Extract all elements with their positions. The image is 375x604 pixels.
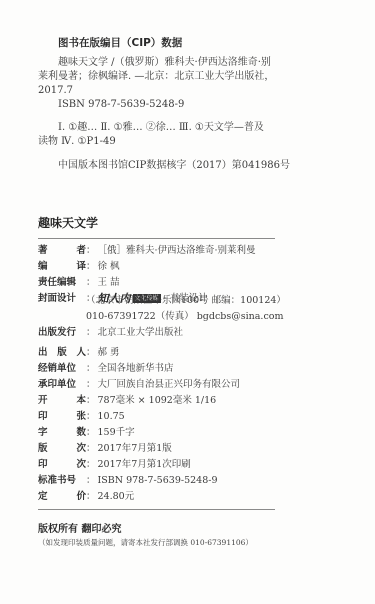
value-text: 王 喆	[98, 277, 120, 288]
colon: ：	[86, 244, 96, 257]
label-text: 承印单位	[38, 378, 76, 391]
label-text: 次	[76, 442, 86, 455]
value-text: 159千字	[98, 427, 135, 438]
colophon-value: 王 喆	[98, 276, 120, 289]
colophon-value: 2017年7月第1次印刷	[98, 458, 191, 471]
label-text: 字	[38, 426, 48, 439]
colophon-value: 10.75	[98, 410, 125, 423]
value-text: 全国各地新华书店	[98, 363, 174, 374]
label-text: 张	[76, 410, 86, 423]
label-text: 本	[76, 394, 86, 407]
value-text: 徐 枫	[98, 261, 120, 272]
colophon-value: ［俄］雅科夫·伊西达洛维奇·别莱利曼	[98, 244, 256, 257]
value-text: 10.75	[98, 411, 125, 422]
cip-verification: 中国版本图书馆CIP数据核字（2017）第041986号	[58, 159, 290, 173]
value-text: ［俄］雅科夫·伊西达洛维奇·别莱利曼	[98, 245, 256, 256]
colophon-label: 印次	[38, 458, 86, 471]
label-text: 定	[38, 490, 48, 503]
colophon-row: 定价：24.80元	[38, 490, 134, 503]
cip-heading: 图书在版编目（CIP）数据	[58, 35, 182, 50]
label-text: 封面设计	[38, 292, 76, 305]
colophon-label: 版次	[38, 442, 86, 455]
bottom-divider	[38, 509, 275, 510]
publisher-contact: 010-67391722（传真） bgdcbs@sina.com	[86, 310, 284, 323]
cip-classification: Ⅰ. ①趣… Ⅱ. ①雅… ②徐… Ⅲ. ①天文学—普及	[58, 121, 264, 135]
colophon-value: 159千字	[98, 426, 135, 439]
value-text: 2017年7月第1次印刷	[98, 459, 191, 470]
colon: ：	[86, 458, 96, 471]
cip-isbn: ISBN 978-7-5639-5248-9	[58, 98, 184, 112]
colon: ：	[86, 394, 96, 407]
label-text: 标准书号	[38, 474, 76, 487]
colophon-label: 编译	[38, 260, 86, 273]
colophon-label: 封面设计	[38, 292, 86, 305]
colophon-row: 出版人：郝 勇	[38, 346, 120, 359]
label-text: 版	[57, 346, 67, 359]
top-divider	[38, 238, 275, 239]
colophon-label: 标准书号	[38, 474, 86, 487]
value-text: ISBN 978-7-5639-5248-9	[98, 475, 218, 486]
value-text: 2017年7月第1版	[98, 443, 172, 454]
colon: ：	[86, 276, 96, 289]
colophon-label: 印张	[38, 410, 86, 423]
label-text: 价	[76, 490, 86, 503]
label-text: 次	[76, 458, 86, 471]
label-text: 出版发行	[38, 326, 76, 339]
colon: ：	[86, 362, 96, 375]
colophon-value: 郝 勇	[98, 346, 120, 359]
colophon-value: 2017年7月第1版	[98, 442, 172, 455]
copyright-note: （如发现印装质量问题，请寄本社发行部调换 010-67391106）	[38, 537, 253, 548]
label-text: 著	[38, 244, 48, 257]
cip-line: 莱利曼著；徐枫编译. —北京：北京工业大学出版社，	[38, 70, 274, 84]
cip-classification: 读物 Ⅳ. ①P1-49	[38, 135, 116, 149]
colophon-row: 标准书号：ISBN 978-7-5639-5248-9	[38, 474, 218, 487]
colophon-row: 经销单位：全国各地新华书店	[38, 362, 174, 375]
colon: ：	[86, 442, 96, 455]
colophon-row: 编译：徐 枫	[38, 260, 120, 273]
colophon-row: 承印单位：大厂回族自治县正兴印务有限公司	[38, 378, 240, 391]
colophon-value: 787毫米 × 1092毫米 1/16	[98, 394, 217, 407]
colophon-label: 字数	[38, 426, 86, 439]
cip-line: 趣味天文学 /（俄罗斯）雅科夫·伊西达洛维奇·别	[58, 56, 271, 70]
label-text: 经销单位	[38, 362, 76, 375]
value-text: 787毫米 × 1092毫米 1/16	[98, 395, 217, 406]
value-text: 大厂回族自治县正兴印务有限公司	[98, 379, 241, 390]
label-text: 印	[38, 458, 48, 471]
cip-line: 2017.7	[38, 84, 73, 98]
colophon-value: 徐 枫	[98, 260, 120, 273]
label-text: 译	[76, 260, 86, 273]
label-text: 版	[38, 442, 48, 455]
label-text: 出	[38, 346, 48, 359]
label-text: 人	[76, 346, 86, 359]
colophon-row: 出版发行：北京工业大学出版社	[38, 326, 183, 339]
colophon-row: 印次：2017年7月第1次印刷	[38, 458, 191, 471]
colon: ：	[86, 378, 96, 391]
colophon-label: 承印单位	[38, 378, 86, 391]
colon: ：	[86, 410, 96, 423]
colophon-row: 版次：2017年7月第1版	[38, 442, 172, 455]
colon: ：	[86, 474, 96, 487]
publisher-address: （北京市朝阳区平乐园100号 邮编：100124）	[86, 294, 286, 307]
label-text: 开	[38, 394, 48, 407]
label-text: 者	[76, 244, 86, 257]
colophon-row: 印张：10.75	[38, 410, 125, 423]
colophon-label: 著者	[38, 244, 86, 257]
value-text: 郝 勇	[98, 347, 120, 358]
book-title: 趣味天文学	[38, 214, 98, 231]
colon: ：	[86, 490, 96, 503]
colophon-label: 定价	[38, 490, 86, 503]
colophon-label: 责任编辑	[38, 276, 86, 289]
label-text: 编	[38, 260, 48, 273]
colophon-row: 开本：787毫米 × 1092毫米 1/16	[38, 394, 216, 407]
copyright-heading: 版权所有 翻印必究	[38, 520, 121, 535]
colophon-label: 开本	[38, 394, 86, 407]
colon: ：	[86, 426, 96, 439]
colon: ：	[86, 326, 96, 339]
colophon-row: 字数：159千字	[38, 426, 135, 439]
colophon-value: 大厂回族自治县正兴印务有限公司	[98, 378, 241, 391]
colon: ：	[86, 346, 96, 359]
colophon-row: 责任编辑：王 喆	[38, 276, 120, 289]
label-text: 数	[76, 426, 86, 439]
label-text: 印	[38, 410, 48, 423]
label-text: 责任编辑	[38, 276, 76, 289]
colophon-label: 出版发行	[38, 326, 86, 339]
colophon-label: 出版人	[38, 346, 86, 359]
colophon-row: 著者：［俄］雅科夫·伊西达洛维奇·别莱利曼	[38, 244, 256, 257]
colophon-value: 24.80元	[98, 490, 135, 503]
colophon-value: 北京工业大学出版社	[98, 326, 184, 339]
colophon-value: ISBN 978-7-5639-5248-9	[98, 474, 218, 487]
colophon-value: 全国各地新华书店	[98, 362, 174, 375]
colophon-label: 经销单位	[38, 362, 86, 375]
value-text: 24.80元	[98, 491, 135, 502]
value-text: 北京工业大学出版社	[98, 327, 184, 338]
colon: ：	[86, 260, 96, 273]
